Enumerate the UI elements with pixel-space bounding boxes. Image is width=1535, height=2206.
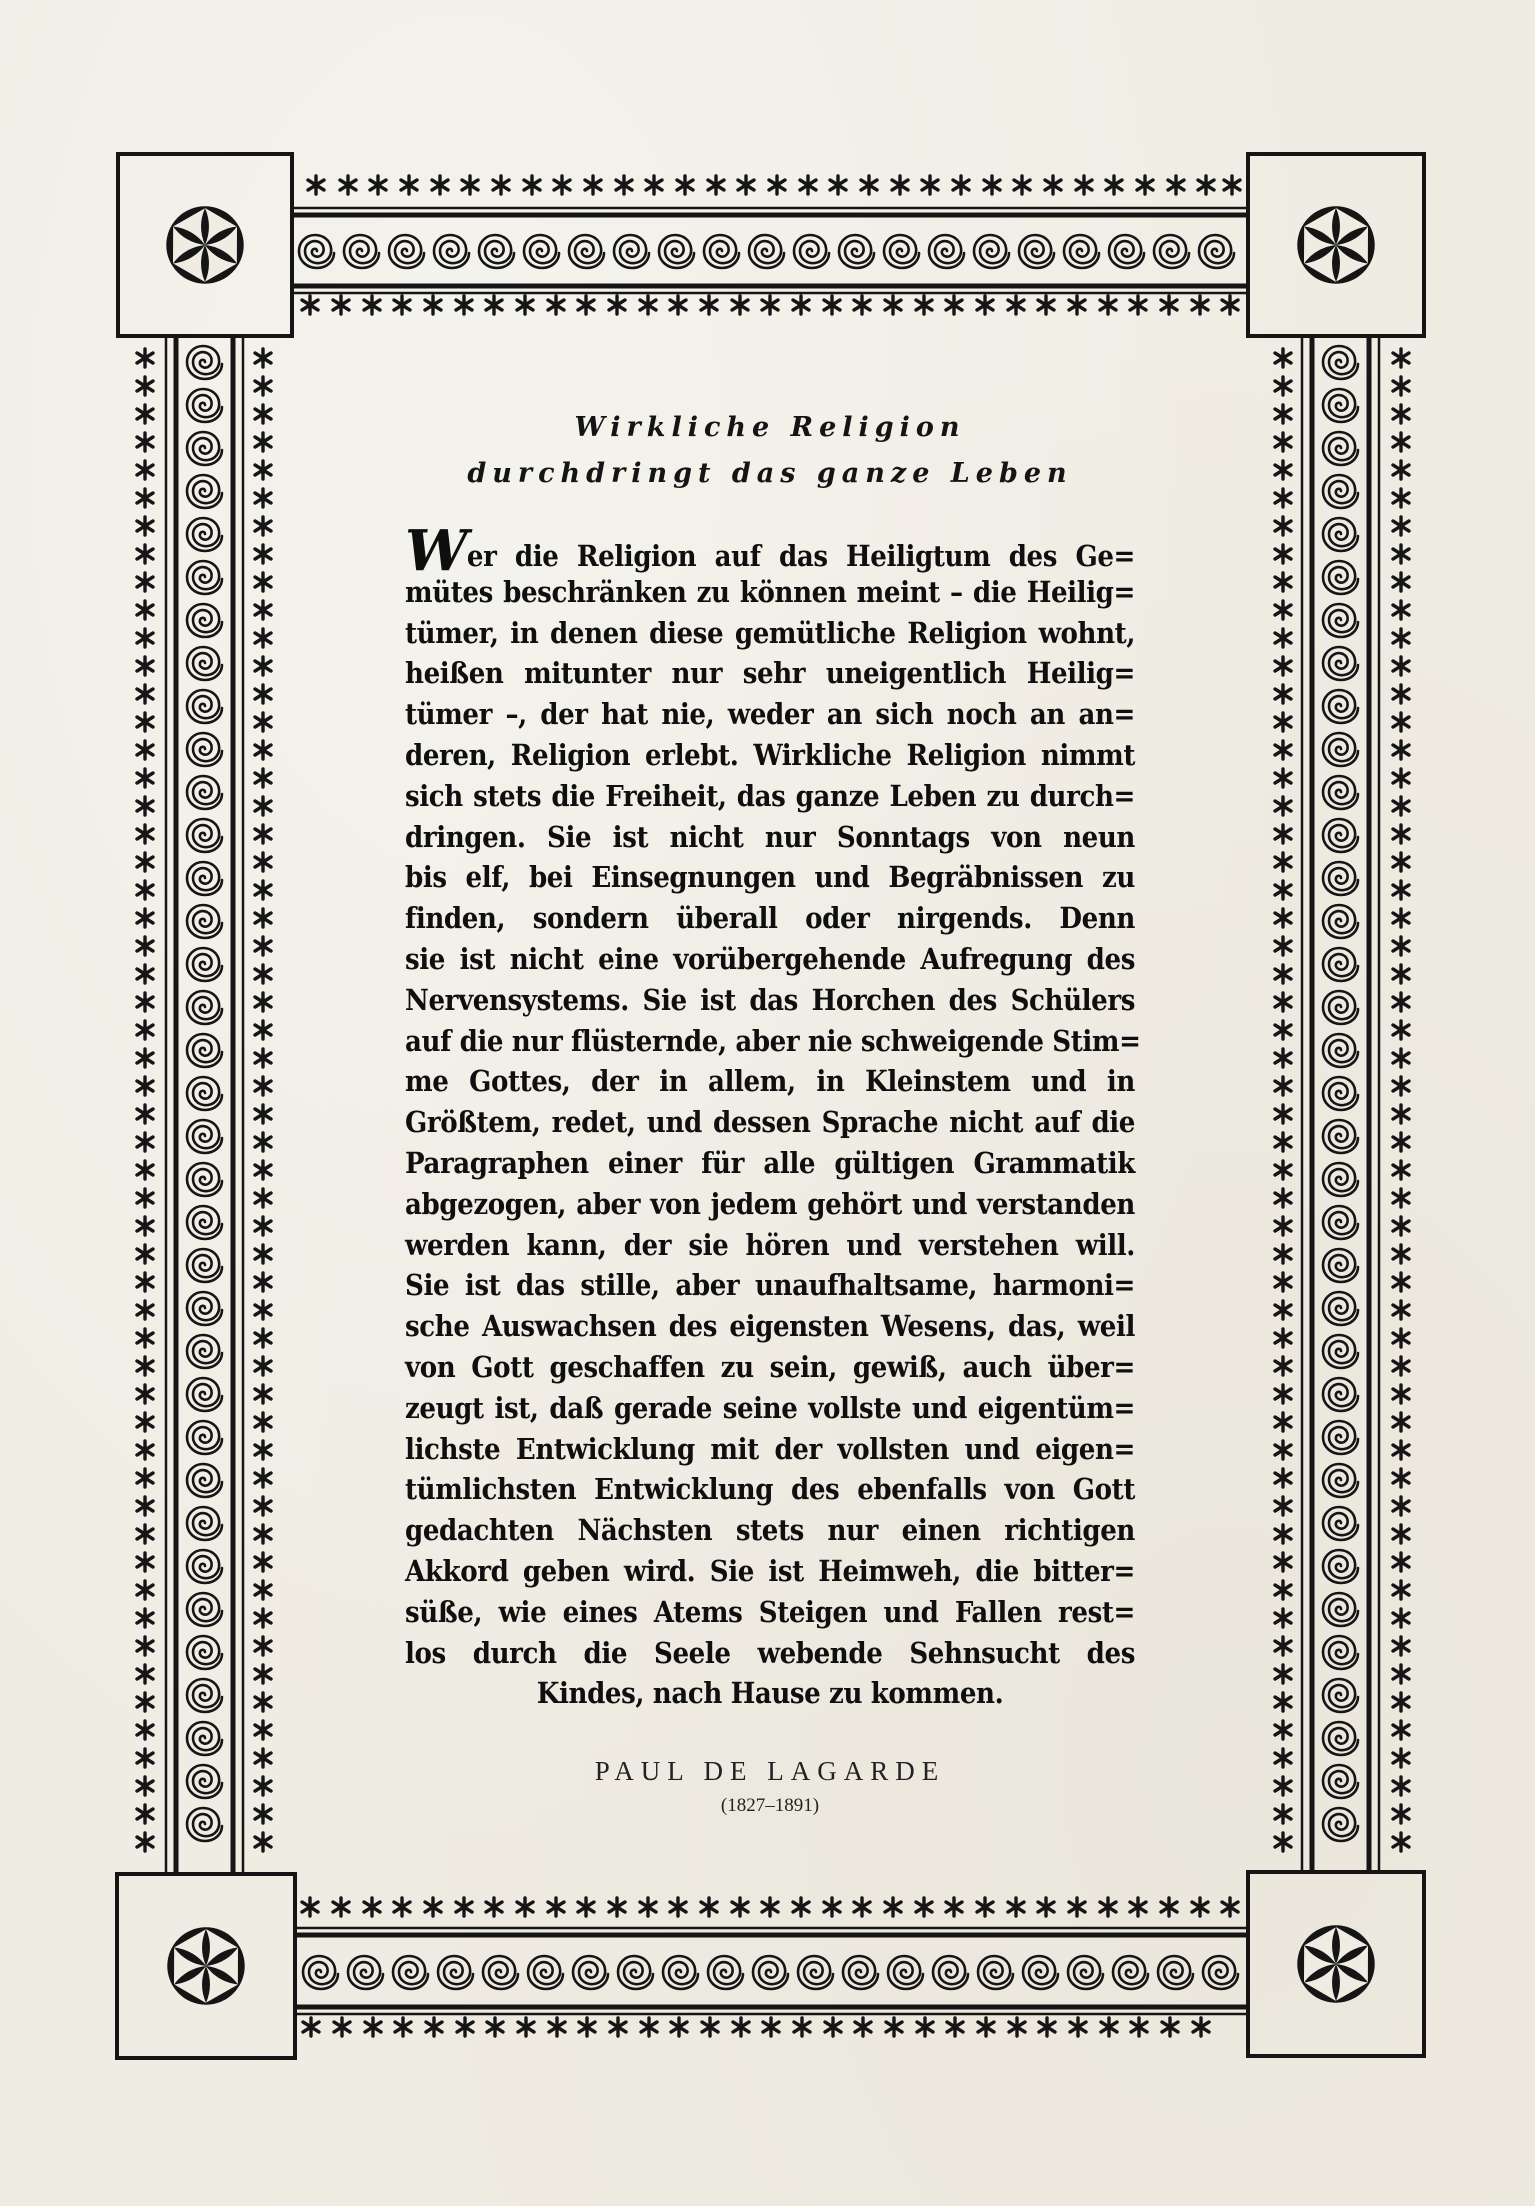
corner-box-top-right bbox=[1246, 152, 1426, 338]
left-border-column bbox=[126, 338, 276, 1872]
six-petal-rosette-icon bbox=[1292, 201, 1380, 289]
star-column bbox=[137, 349, 153, 1851]
body-line: abgezogen, aber von jedem gehört und ver… bbox=[405, 1184, 1135, 1225]
corner-box-bottom-left bbox=[115, 1872, 297, 2060]
star-row bbox=[308, 176, 1240, 194]
body-line: sche Auswachsen des eigensten Wesens, da… bbox=[405, 1306, 1135, 1347]
quotation-block: Wirkliche Religion durchdringt das ganze… bbox=[405, 405, 1135, 1817]
body-line: mütes beschränken zu können meint – die … bbox=[405, 572, 1135, 613]
body-line: gedachten Nächsten stets nur einen richt… bbox=[405, 1510, 1135, 1551]
body-line: tümlichsten Entwicklung des ebenfalls vo… bbox=[405, 1469, 1135, 1510]
body-line: Größtem, redet, und dessen Sprache nicht… bbox=[405, 1102, 1135, 1143]
body-line: bis elf, bei Einsegnungen und Begräbniss… bbox=[405, 857, 1135, 898]
body-line: tümer, in denen diese gemütliche Religio… bbox=[405, 613, 1135, 654]
body-line: Nervensystems. Sie ist das Horchen des S… bbox=[405, 980, 1135, 1021]
right-border-column bbox=[1262, 338, 1412, 1870]
author-name: PAUL DE LAGARDE bbox=[405, 1756, 1135, 1787]
page-title: Wirkliche Religion durchdringt das ganze… bbox=[405, 405, 1135, 497]
bottom-border-band bbox=[296, 1890, 1246, 2042]
body-line: finden, sondern überall oder nirgends. D… bbox=[405, 898, 1135, 939]
top-border-band bbox=[294, 168, 1246, 320]
body-line: sich stets die Freiheit, das ganze Leben… bbox=[405, 776, 1135, 817]
body-line: tümer –, der hat nie, weder an sich noch… bbox=[405, 694, 1135, 735]
body-line: süße, wie eines Atems Steigen und Fallen… bbox=[405, 1592, 1135, 1633]
body-line: Wer die Religion auf das Heiligtum des G… bbox=[405, 531, 1135, 572]
body-line: heißen mitunter nur sehr uneigentlich He… bbox=[405, 653, 1135, 694]
body-line: von Gott geschaffen zu sein, gewiß, auch… bbox=[405, 1347, 1135, 1388]
body-line: Akkord geben wird. Sie ist Heimweh, die … bbox=[405, 1551, 1135, 1592]
body-line: Paragraphen einer für alle gültigen Gram… bbox=[405, 1143, 1135, 1184]
title-line-2: durchdringt das ganze Leben bbox=[405, 451, 1135, 497]
body-line: werden kann, der sie hören und verstehen… bbox=[405, 1225, 1135, 1266]
six-petal-rosette-icon bbox=[161, 201, 249, 289]
corner-box-bottom-right bbox=[1246, 1870, 1426, 2058]
body-line: zeugt ist, daß gerade seine vollste und … bbox=[405, 1388, 1135, 1429]
spiral-row bbox=[299, 235, 1234, 268]
corner-box-top-left bbox=[116, 152, 294, 338]
body-line-final: Kindes, nach Hause zu kommen. bbox=[405, 1673, 1135, 1714]
body-line: deren, Religion erlebt. Wirkliche Religi… bbox=[405, 735, 1135, 776]
author-dates: (1827–1891) bbox=[405, 1795, 1135, 1817]
body-line: sie ist nicht eine vorübergehende Aufreg… bbox=[405, 939, 1135, 980]
six-petal-rosette-icon bbox=[1292, 1920, 1380, 2008]
quotation-body: Wer die Religion auf das Heiligtum des G… bbox=[405, 531, 1135, 1714]
body-line: dringen. Sie ist nicht nur Sonntags von … bbox=[405, 817, 1135, 858]
spiral-column bbox=[187, 346, 222, 1841]
body-line: lichste Entwicklung mit der vollsten und… bbox=[405, 1429, 1135, 1470]
body-line: los durch die Seele webende Sehnsucht de… bbox=[405, 1633, 1135, 1674]
body-line: auf die nur flüsternde, aber nie schweig… bbox=[405, 1021, 1135, 1062]
title-line-1: Wirkliche Religion bbox=[405, 405, 1135, 451]
body-line: Sie ist das stille, aber unaufhaltsame, … bbox=[405, 1265, 1135, 1306]
body-line: me Gottes, der in allem, in Kleinstem un… bbox=[405, 1061, 1135, 1102]
drop-cap: W bbox=[405, 518, 466, 584]
six-petal-rosette-icon bbox=[162, 1922, 250, 2010]
